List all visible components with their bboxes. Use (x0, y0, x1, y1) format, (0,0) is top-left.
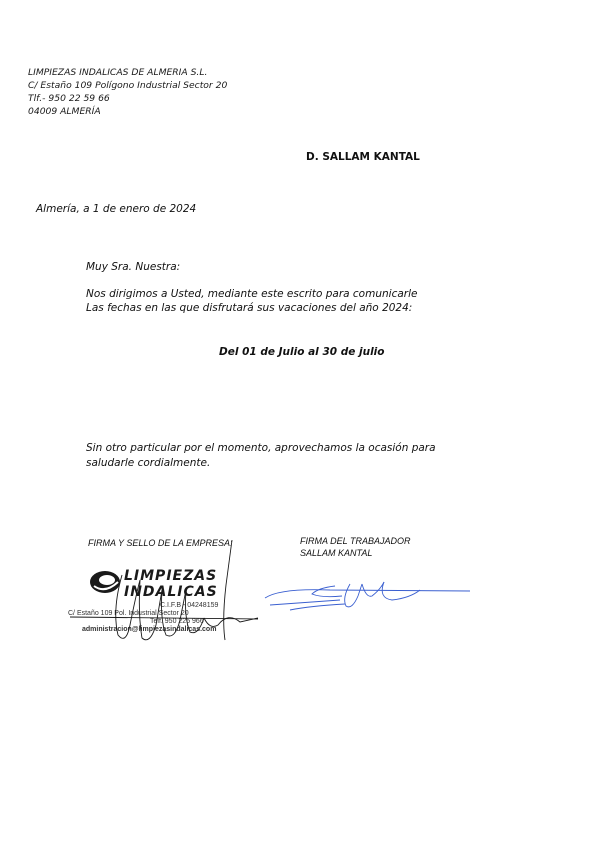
signatures-overlay (0, 0, 595, 841)
company-signature-icon (70, 540, 258, 640)
worker-signature-icon (265, 582, 470, 610)
